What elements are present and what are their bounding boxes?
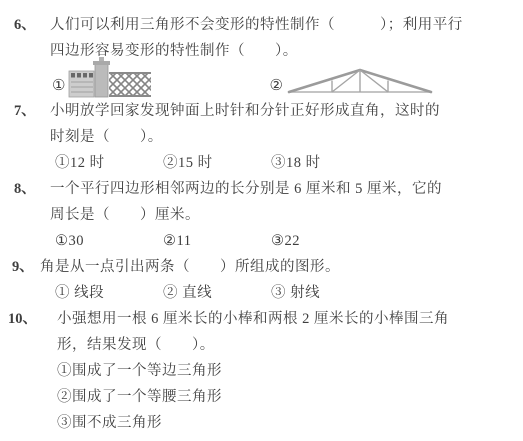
- question-7-number: 7、: [0, 98, 50, 124]
- question-9: 9、 角是从一点引出两条（ ）所组成的图形。 ① 线段 ② 直线 ③ 射线: [0, 254, 523, 306]
- question-6-number: 6、: [0, 12, 50, 38]
- question-8-text-continued: 周长是（ ）厘米。: [50, 202, 200, 228]
- question-8-text: 一个平行四边形相邻两边的长分别是 6 厘米和 5 厘米，它的: [50, 176, 442, 202]
- question-10: 10、 小强想用一根 6 厘米长的小棒和两根 2 厘米长的小棒围三角 形，结果发…: [0, 306, 523, 436]
- question-10-option-2: ②围成了一个等腰三角形: [0, 384, 523, 410]
- question-8-line-2: 周长是（ ）厘米。: [0, 202, 523, 228]
- question-10-text-continued: 形，结果发现（ ）。: [57, 332, 215, 358]
- question-7-line-2: 时刻是（ ）。: [0, 124, 523, 150]
- question-10-option-1: ①围成了一个等边三角形: [0, 358, 523, 384]
- question-8-option-1: ①30: [55, 228, 163, 254]
- retractable-gate-figure: [68, 56, 152, 98]
- question-9-number: 9、: [0, 254, 40, 280]
- question-9-text: 角是从一点引出两条（ ）所组成的图形。: [40, 254, 340, 280]
- question-10-line-1: 10、 小强想用一根 6 厘米长的小棒和两根 2 厘米长的小棒围三角: [0, 306, 523, 332]
- roof-truss-figure: [286, 66, 434, 96]
- question-7-options: ①12 时 ②15 时 ③18 时: [0, 150, 523, 176]
- question-9-options: ① 线段 ② 直线 ③ 射线: [0, 280, 523, 306]
- question-9-option-3: ③ 射线: [271, 280, 379, 306]
- question-7-option-2: ②15 时: [163, 150, 271, 176]
- question-6-line-1: 6、 人们可以利用三角形不会变形的特性制作（ ）；利用平行: [0, 12, 523, 38]
- question-7-option-1: ①12 时: [55, 150, 163, 176]
- question-8-option-2: ②11: [163, 228, 271, 254]
- question-8-options: ①30 ②11 ③22: [0, 228, 523, 254]
- question-7-text-continued: 时刻是（ ）。: [50, 124, 163, 150]
- question-10-number: 10、: [0, 306, 57, 332]
- question-6-text: 人们可以利用三角形不会变形的特性制作（ ）；利用平行: [50, 12, 463, 38]
- question-10-option-3: ③围不成三角形: [0, 410, 523, 436]
- question-8: 8、 一个平行四边形相邻两边的长分别是 6 厘米和 5 厘米，它的 周长是（ ）…: [0, 176, 523, 254]
- question-7-text: 小明放学回家发现钟面上时针和分针正好形成直角，这时的: [50, 98, 440, 124]
- figure-1-label: ①: [52, 79, 65, 94]
- question-7: 7、 小明放学回家发现钟面上时针和分针正好形成直角，这时的 时刻是（ ）。 ①1…: [0, 98, 523, 176]
- figure-2-label: ②: [269, 79, 282, 94]
- question-10-text: 小强想用一根 6 厘米长的小棒和两根 2 厘米长的小棒围三角: [57, 306, 449, 332]
- question-9-line-1: 9、 角是从一点引出两条（ ）所组成的图形。: [0, 254, 523, 280]
- question-8-number: 8、: [0, 176, 50, 202]
- worksheet-page: 6、 人们可以利用三角形不会变形的特性制作（ ）；利用平行 四边形容易变形的特性…: [0, 0, 523, 441]
- question-6-figure-row: ①: [0, 54, 523, 98]
- question-9-option-2: ② 直线: [163, 280, 271, 306]
- question-9-option-1: ① 线段: [55, 280, 163, 306]
- question-8-option-3: ③22: [271, 228, 379, 254]
- question-7-option-3: ③18 时: [271, 150, 379, 176]
- question-6: 6、 人们可以利用三角形不会变形的特性制作（ ）；利用平行 四边形容易变形的特性…: [0, 12, 523, 98]
- question-8-line-1: 8、 一个平行四边形相邻两边的长分别是 6 厘米和 5 厘米，它的: [0, 176, 523, 202]
- question-7-line-1: 7、 小明放学回家发现钟面上时针和分针正好形成直角，这时的: [0, 98, 523, 124]
- question-10-line-2: 形，结果发现（ ）。: [0, 332, 523, 358]
